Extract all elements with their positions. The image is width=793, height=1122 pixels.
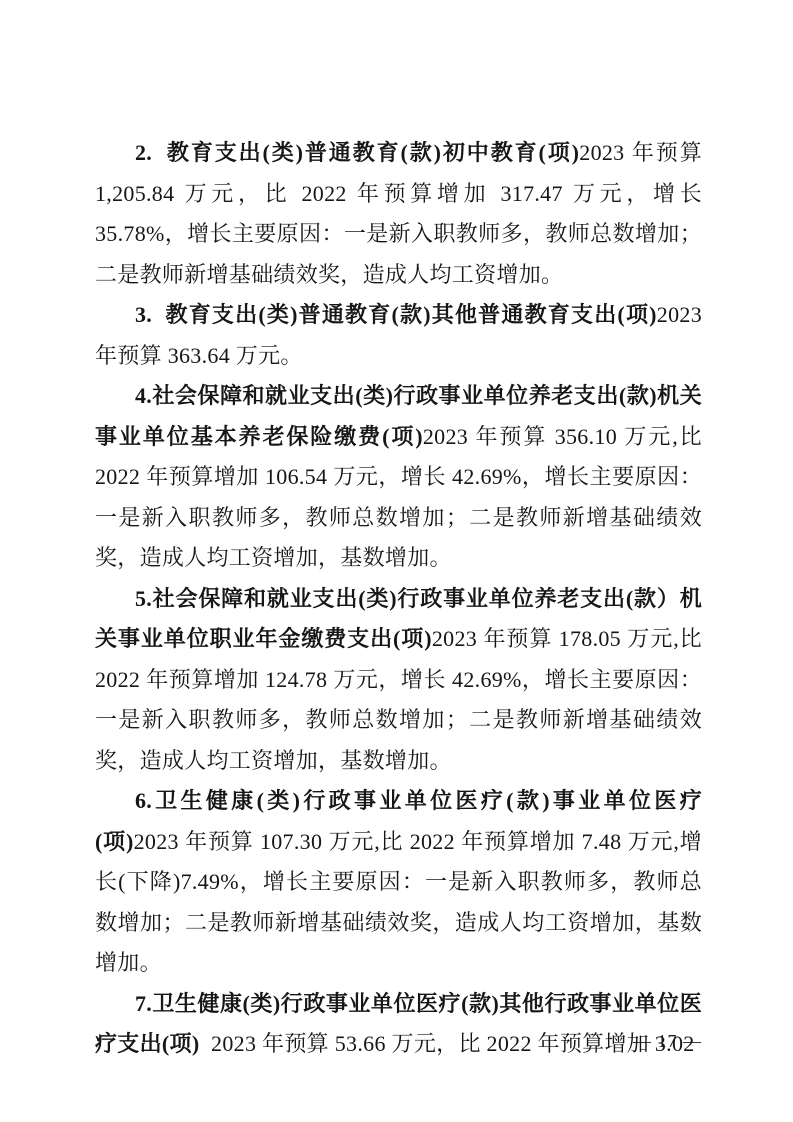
budget-item-paragraph: 4.社会保障和就业支出(类)行政事业单位养老支出(款)机关事业单位基本养老保险缴… — [95, 376, 702, 579]
document-page: 2. 教育支出(类)普通教育(款)初中教育(项)2023 年预算 1,205.8… — [0, 0, 793, 1122]
budget-item-paragraph: 3. 教育支出(类)普通教育(款)其他普通教育支出(项)2023 年预算 363… — [95, 295, 702, 376]
budget-item-paragraph: 5.社会保障和就业支出(类)行政事业单位养老支出(款）机关事业单位职业年金缴费支… — [95, 579, 702, 782]
page-number: — 17 — — [633, 1028, 702, 1054]
budget-item-paragraph: 2. 教育支出(类)普通教育(款)初中教育(项)2023 年预算 1,205.8… — [95, 133, 702, 295]
budget-item-paragraph: 6.卫生健康(类)行政事业单位医疗(款)事业单位医疗(项)2023 年预算 10… — [95, 781, 702, 984]
budget-item-paragraph: 7.卫生健康(类)行政事业单位医疗(款)其他行政事业单位医疗支出(项) 2023… — [95, 984, 702, 1065]
page-body-text: 2. 教育支出(类)普通教育(款)初中教育(项)2023 年预算 1,205.8… — [95, 133, 702, 1065]
budget-item-heading: 2. 教育支出(类)普通教育(款)初中教育(项) — [135, 140, 579, 165]
budget-item-body: 2023 年预算 107.30 万元,比 2022 年预算增加 7.48 万元,… — [95, 829, 702, 976]
budget-item-body: 2023 年预算 53.66 万元，比 2022 年预算增加 3.02 — [199, 1031, 694, 1056]
budget-item-heading: 3. 教育支出(类)普通教育(款)其他普通教育支出(项) — [135, 302, 657, 327]
